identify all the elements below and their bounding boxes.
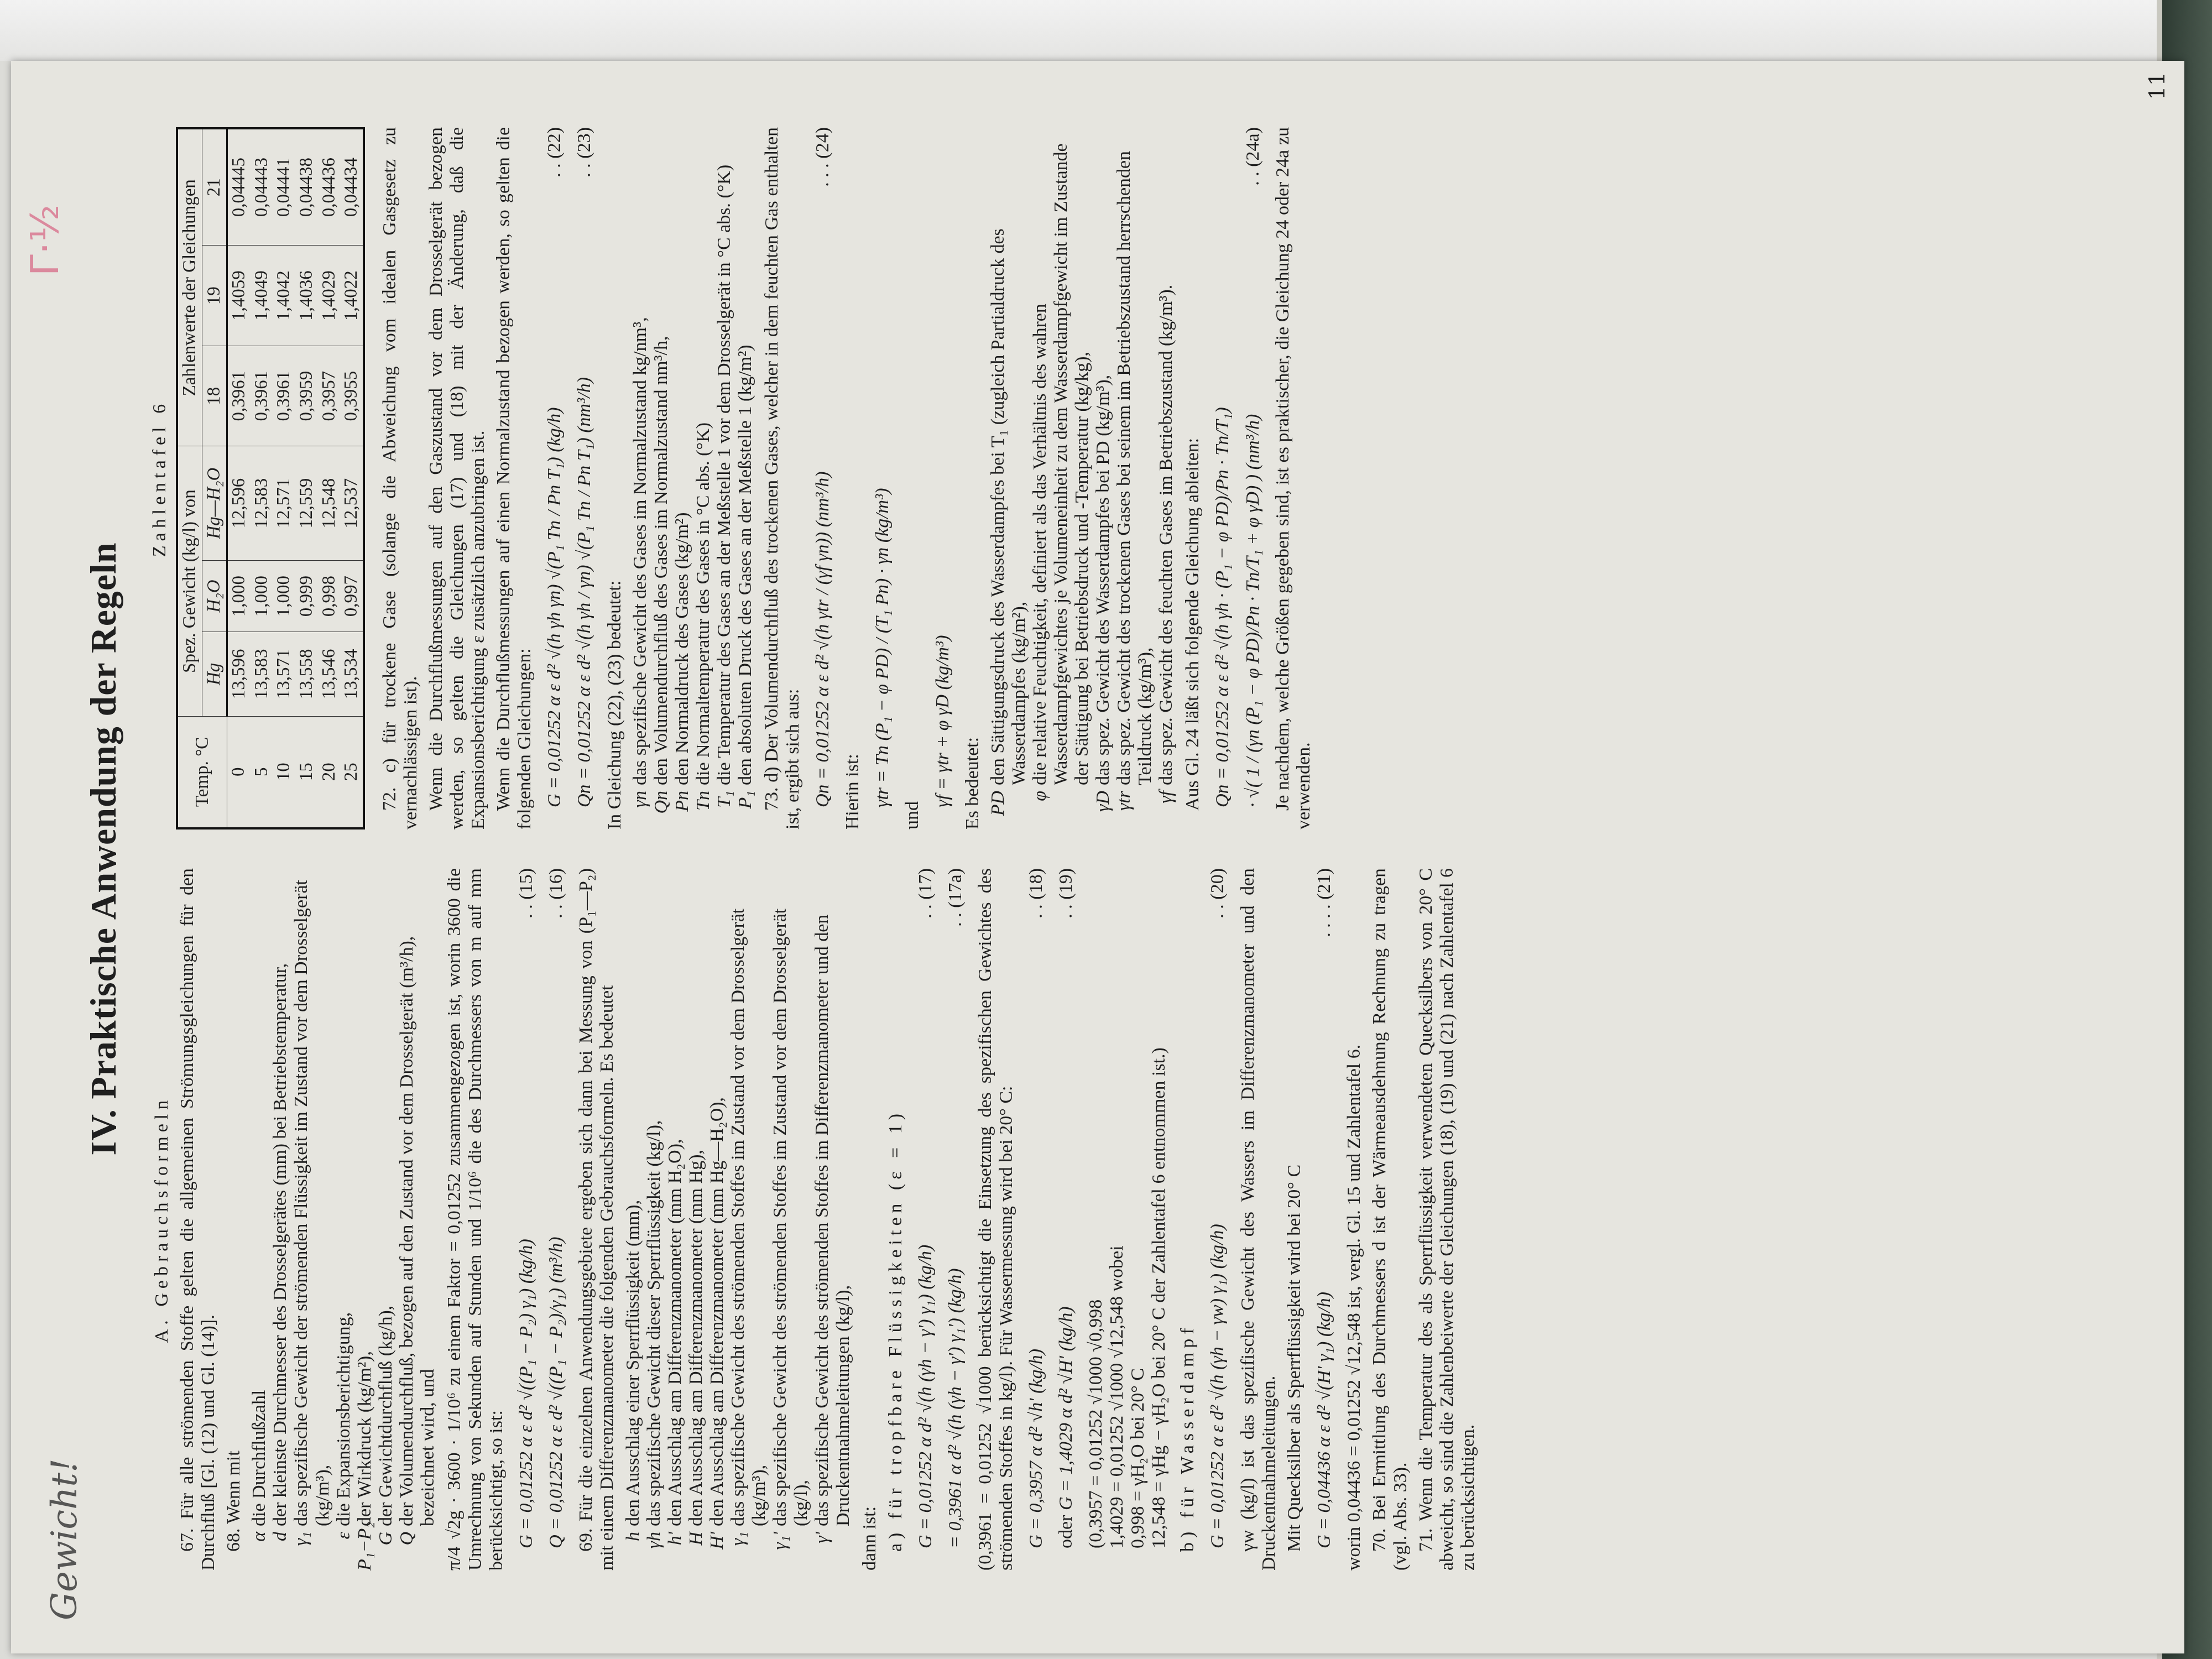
paragraph-hierin: Hierin ist: (842, 127, 863, 830)
table-row: 1013,5711,00012,5710,39611,40420,04441 (273, 128, 295, 828)
cell-temp: 10 (273, 716, 295, 828)
equation-body: G = 0,04436 α ε d² √(H' γ₁) (kg/h) (1314, 1292, 1335, 1548)
definition-text: das spez. Gewicht des trockenen Gases be… (1114, 127, 1156, 785)
definition-text: das spez. Gewicht des feuchten Gases im … (1156, 127, 1177, 785)
definition-text: das spezifische Gewicht des strömenden S… (728, 868, 770, 1526)
definitions-22-23: γndas spezifische Gewicht des Gases im N… (630, 127, 756, 830)
equation-body: Q = 0,01252 α ε d² √((P₁ − P₂)/γ₁) (m³/h… (546, 1237, 567, 1548)
cell-hg: 13,596 (227, 632, 250, 717)
definition-text: der kleinste Durchmesser des Drosselgerä… (270, 868, 291, 1526)
cell-hg: 13,571 (273, 632, 295, 717)
section-a-title: A. Gebrauchsformeln (152, 868, 173, 1571)
symbol: γn (630, 785, 651, 830)
equation-number: . . (16) (546, 868, 567, 919)
paragraph-70: 70. Bei Ermittlung des Durchmessers d is… (1369, 868, 1411, 1571)
table-title: Zahlentafel 6 (149, 127, 170, 830)
cell-18: 0,3961 (273, 346, 295, 446)
equation-body: G = 0,01252 α ε d² √((P₁ − P₂) γ₁) (kg/h… (516, 1239, 537, 1548)
equation-17: G = 0,01252 α d² √(h (γh − γ') γ₁) (kg/h… (915, 868, 936, 1548)
symbol: ε (333, 1526, 354, 1571)
cell-18: 0,3961 (251, 346, 273, 446)
subsection-b-title: b) für Wasserdampf (1177, 868, 1198, 1571)
definition-text: das spezifische Gewicht der strömenden F… (291, 868, 333, 1526)
symbol: d (270, 1526, 291, 1571)
equation-24: Qn = 0,01252 α ε d² √(h γtr / (γf γn)) (… (812, 127, 833, 807)
definition-text: die Temperatur des Gases an der Meßstell… (714, 127, 735, 785)
cell-temp: 15 (295, 716, 318, 828)
cell-21: 0,04436 (318, 128, 341, 246)
symbol: h' (665, 1526, 686, 1571)
cell-19: 1,4059 (227, 246, 250, 346)
equation-body: Qn = 0,01252 α ε d² √(h γh / γn) √(P₁ Tn… (574, 377, 595, 807)
header-19: 19 (202, 246, 227, 346)
right-column: Zahlentafel 6 Temp. °C Spez. Gewicht (kg… (146, 127, 1483, 830)
table-row: 513,5831,00012,5830,39611,40490,04443 (251, 128, 273, 828)
symbol: Q (397, 1526, 439, 1571)
paragraph-72c: Wenn die Durchflußmessungen auf einen No… (493, 127, 535, 830)
definition-text: der Wirkdruck (kg/m²), (354, 868, 375, 1526)
cell-21: 0,04443 (251, 128, 273, 246)
cell-19: 1,4049 (251, 246, 273, 346)
definitions-69: hden Ausschlag einer Sperrflüssigkeit (m… (623, 868, 854, 1571)
symbol: γ' (812, 1526, 854, 1571)
left-column: A. Gebrauchsformeln 67. Für alle strömen… (146, 868, 1483, 1571)
equation-number: . . (17a) (945, 868, 966, 927)
calc-line: 0,998 = γH₂O bei 20° C (1128, 868, 1149, 1548)
cell-19: 1,4022 (340, 246, 364, 346)
header-spez-gewicht: Spez. Gewicht (kg/l) von (177, 446, 202, 716)
definition-text: der Gewichtdurchfluß (kg/h), (375, 868, 397, 1526)
symbol: φ (1030, 785, 1093, 830)
cell-hg: 13,583 (251, 632, 273, 717)
paragraph-aus-gl24: Aus Gl. 24 läßt sich folgende Gleichung … (1182, 127, 1203, 830)
symbol: P₁ (735, 785, 756, 830)
cell-18: 0,3957 (318, 346, 341, 446)
symbol: Tn (693, 785, 714, 830)
calc-line: 1,4029 = 0,01252 √1000 √12,548 wobei (1107, 868, 1128, 1548)
table-row: 2013,5460,99812,5480,39571,40290,04436 (318, 128, 341, 828)
zahlentafel-6: Temp. °C Spez. Gewicht (kg/l) von Zahlen… (176, 127, 365, 830)
equation-body: G = 0,01252 α ε d² √(h γh γn) √(P₁ Tn / … (544, 408, 565, 807)
paragraph-und: und (902, 127, 923, 830)
red-pen-annotation: Γ·½ (22, 205, 67, 276)
cell-18: 0,3961 (227, 346, 250, 446)
symbol: P₁−P₂ (354, 1526, 375, 1571)
paragraph-1000: (0,3961 = 0,01252 √1000 berücksichtigt d… (975, 868, 1017, 1571)
cell-h2o: 0,997 (340, 560, 364, 632)
equation-body: G = 1,4029 α d² √H' (kg/h) (1056, 1306, 1076, 1510)
equation-body: Qn = 0,01252 α ε d² √(h γh · (P₁ − φ PD)… (1212, 407, 1233, 807)
definitions-24: PDden Sättigungsdruck des Wasserdampfes … (988, 127, 1177, 830)
cell-temp: 5 (251, 716, 273, 828)
cell-21: 0,04438 (295, 128, 318, 246)
equation-18: G = 0,3957 α d² √h' (kg/h). . (18) (1026, 868, 1047, 1548)
equation-19: oder G = 1,4029 α d² √H' (kg/h). . (19) (1056, 868, 1077, 1548)
equation-number: . . (24a) (1243, 127, 1264, 186)
definition-text: den Ausschlag einer Sperrflüssigkeit (mm… (623, 868, 644, 1526)
cell-21: 0,04445 (227, 128, 250, 246)
definition-text: das spezifische Gewicht dieser Sperrflüs… (644, 868, 665, 1526)
definition-text: den Ausschlag am Differenzmanometer (mm … (665, 868, 686, 1526)
table-row: 1513,5580,99912,5590,39591,40360,04438 (295, 128, 318, 828)
header-hg-h2o: Hg—H₂O (202, 446, 227, 560)
definition-text: die Expansionsberichtigung, (333, 868, 354, 1526)
definition-text: den Normaldruck des Gases (kg/m²) (672, 127, 693, 785)
paragraph-69: 69. Für die einzelnen Anwendungsgebiete … (576, 868, 618, 1571)
symbol: γ₁ (291, 1526, 333, 1571)
equation-16: Q = 0,01252 α ε d² √((P₁ − P₂)/γ₁) (m³/h… (546, 868, 567, 1548)
header-temp: Temp. °C (177, 716, 227, 828)
cell-diff: 12,571 (273, 446, 295, 560)
paragraph-72b: Wenn die Durchflußmessungen auf den Gasz… (426, 127, 489, 830)
paragraph-final: Je nachdem, welche Größen gegeben sind, … (1272, 127, 1314, 830)
page-number: 11 (2145, 72, 2170, 100)
cell-19: 1,4036 (295, 246, 318, 346)
equation-body: G = 0,3957 α d² √h' (kg/h) (1026, 1349, 1047, 1548)
document-page: Gewicht! Γ·½ IV. Praktische Anwendung de… (11, 61, 2184, 1653)
paragraph-68-factor: π/4 √2g · 3600 · 1/10⁶ zu einem Faktor =… (444, 868, 507, 1571)
equation-number: . . (20) (1207, 868, 1228, 919)
equation-number: . . (23) (574, 127, 595, 178)
equation-gamma-tr: γtr = Tn (P₁ − φ PD) / (T₁ Pn) · γn (kg/… (872, 127, 893, 807)
equation-24a-top: Qn = 0,01252 α ε d² √(h γh · (P₁ − φ PD)… (1212, 127, 1233, 807)
symbol: γtr (1114, 785, 1156, 830)
header-zahlenwerte: Zahlenwerte der Gleichungen (177, 128, 202, 446)
symbol: α (249, 1526, 270, 1571)
equation-body: · √( 1 / (γn (P₁ − φ PD)/Pn · Tn/T₁ + φ … (1243, 414, 1264, 807)
symbol: γh (644, 1526, 665, 1571)
header-18: 18 (202, 346, 227, 446)
paragraph-es-bedeutet: Es bedeutet: (962, 127, 983, 830)
equation-prefix: oder (1056, 1515, 1076, 1548)
calc-line: 12,548 = γHg − γH₂O bei 20° C der Zahlen… (1149, 868, 1170, 1548)
symbol: γD (1093, 785, 1114, 830)
cell-temp: 25 (340, 716, 364, 828)
equation-number: . . . (24) (812, 127, 833, 187)
cell-21: 0,04441 (273, 128, 295, 246)
subsection-a-title: a) für tropfbare Flüssigkeiten (ε = 1) (885, 868, 906, 1571)
equation-15: G = 0,01252 α ε d² √((P₁ − P₂) γ₁) (kg/h… (516, 868, 537, 1548)
cell-hg: 13,558 (295, 632, 318, 717)
equation-body: γtr = Tn (P₁ − φ PD) / (T₁ Pn) · γn (kg/… (872, 488, 893, 807)
equation-body: G = 0,01252 α d² √(h (γh − γ') γ₁) (kg/h… (915, 1245, 936, 1548)
equation-body: = 0,3961 α d² √(h (γh − γ') γ₁') (kg/h) (945, 1268, 966, 1548)
equation-24a-bottom: · √( 1 / (γn (P₁ − φ PD)/Pn · Tn/T₁ + φ … (1243, 127, 1264, 807)
cell-diff: 12,596 (227, 446, 250, 560)
cell-h2o: 0,999 (295, 560, 318, 632)
paragraph-73: 73. d) Der Volumendurchfluß des trockene… (761, 127, 804, 830)
cell-19: 1,4029 (318, 246, 341, 346)
symbol: Pn (672, 785, 693, 830)
cell-diff: 12,537 (340, 446, 364, 560)
cell-18: 0,3955 (340, 346, 364, 446)
equation-number: . . (18) (1026, 868, 1047, 919)
pencil-annotation: Gewicht! (44, 1458, 85, 1620)
paragraph-71: 71. Wenn die Temperatur des als Sperrflü… (1416, 868, 1479, 1571)
cell-18: 0,3959 (295, 346, 318, 446)
equation-gamma-f: γf = γtr + φ γD (kg/m³) (932, 127, 953, 807)
cell-temp: 20 (318, 716, 341, 828)
symbol: Qn (651, 785, 672, 830)
definition-text: die relative Feuchtigkeit, definiert als… (1030, 127, 1093, 785)
cell-h2o: 1,000 (251, 560, 273, 632)
cell-hg: 13,534 (340, 632, 364, 717)
definition-text: das spezifische Gewicht des strömenden S… (770, 868, 812, 1526)
cell-diff: 12,559 (295, 446, 318, 560)
paragraph-gamma-w: γw (kg/l) ist das spezifische Gewicht de… (1238, 868, 1280, 1571)
definition-text: den Ausschlag am Differenzmanometer (mm … (686, 868, 707, 1526)
paragraph-67: 67. Für alle strömenden Stoffe gelten di… (177, 868, 219, 1571)
definition-text: den absoluten Druck des Gases an der Meß… (735, 127, 756, 785)
header-21: 21 (202, 128, 227, 246)
equation-23: Qn = 0,01252 α ε d² √(h γh / γn) √(P₁ Tn… (574, 127, 595, 807)
definition-text: den Volumendurchfluß des Gases im Normal… (651, 127, 672, 785)
cell-19: 1,4042 (273, 246, 295, 346)
definition-text: die Normaltemperatur des Gases in °C abs… (693, 127, 714, 785)
cell-21: 0,04434 (340, 128, 364, 246)
symbol: γf (1156, 785, 1177, 830)
equation-number: . . (17) (915, 868, 936, 919)
table-row: 013,5961,00012,5960,39611,40590,04445 (227, 128, 250, 828)
symbol: h (623, 1526, 644, 1571)
equation-number: . . (22) (544, 127, 565, 178)
equation-17a: = 0,3961 α d² √(h (γh − γ') γ₁') (kg/h).… (945, 868, 966, 1548)
paragraph-bedeutet: In Gleichung (22), (23) bedeutet: (604, 127, 625, 830)
symbol: H (686, 1526, 707, 1571)
equation-number: . . . . (21) (1314, 868, 1335, 937)
chapter-title: IV. Praktische Anwendung der Regeln (83, 127, 125, 1571)
definition-text: das spez. Gewicht des Wasserdampfes bei … (1093, 127, 1114, 785)
calc-line: (0,3957 = 0,01252 √1000 √0,998 (1086, 868, 1107, 1548)
equation-number: . . (19) (1056, 868, 1077, 919)
cell-h2o: 1,000 (227, 560, 250, 632)
cell-diff: 12,548 (318, 446, 341, 560)
paragraph-quecksilber: Mit Quecksilber als Sperrflüssigkeit wir… (1284, 868, 1305, 1571)
definition-text: das spezifische Gewicht des Gases im Nor… (630, 127, 651, 785)
paragraph-worin: worin 0,04436 = 0,01252 √12,548 ist, ver… (1344, 868, 1365, 1571)
symbol: H' (707, 1526, 728, 1571)
definitions-68: αdie Durchflußzahl dder kleinste Durchme… (249, 868, 439, 1571)
cell-temp: 0 (227, 716, 250, 828)
equation-body: G = 0,01252 α ε d² √(h (γh − γw) γ₁) (kg… (1207, 1224, 1228, 1548)
definition-text: das spezifische Gewicht des strömenden S… (812, 868, 854, 1526)
symbol: T₁ (714, 785, 735, 830)
table-row: 2513,5340,99712,5370,39551,40220,04434 (340, 128, 364, 828)
symbol: G (375, 1526, 397, 1571)
definition-text: die Durchflußzahl (249, 868, 270, 1526)
cell-diff: 12,583 (251, 446, 273, 560)
equation-body: γf = γtr + φ γD (kg/m³) (932, 635, 953, 808)
equation-number: . . (15) (516, 868, 537, 919)
definition-text: der Volumendurchfluß, bezogen auf den Zu… (397, 868, 439, 1526)
symbol: PD (988, 785, 1030, 830)
definition-text: den Ausschlag am Differenzmanometer (mm … (707, 868, 728, 1526)
equation-21: G = 0,04436 α ε d² √(H' γ₁) (kg/h). . . … (1314, 868, 1335, 1548)
cell-h2o: 1,000 (273, 560, 295, 632)
equation-22: G = 0,01252 α ε d² √(h γh γn) √(P₁ Tn / … (544, 127, 565, 807)
cell-h2o: 0,998 (318, 560, 341, 632)
background-top (0, 0, 2212, 61)
calculation-lines: (0,3957 = 0,01252 √1000 √0,998 1,4029 = … (1086, 868, 1170, 1548)
cell-hg: 13,546 (318, 632, 341, 717)
symbol: γ₁ (728, 1526, 770, 1571)
paragraph-72: 72. c) für trockene Gase (solange die Ab… (379, 127, 421, 830)
definition-text: den Sättigungsdruck des Wasserdampfes be… (988, 127, 1030, 785)
equation-body: Qn = 0,01252 α ε d² √(h γtr / (γf γn)) (… (812, 472, 833, 807)
header-h2o: H₂O (202, 560, 227, 632)
rotated-page-container: Gewicht! Γ·½ IV. Praktische Anwendung de… (11, 61, 2184, 1653)
header-hg: Hg (202, 632, 227, 717)
equation-20: G = 0,01252 α ε d² √(h (γh − γw) γ₁) (kg… (1207, 868, 1228, 1548)
dann-ist: dann ist: (859, 868, 880, 1571)
paragraph-68-intro: 68. Wenn mit (223, 868, 244, 1571)
symbol: γ₁' (770, 1526, 812, 1571)
